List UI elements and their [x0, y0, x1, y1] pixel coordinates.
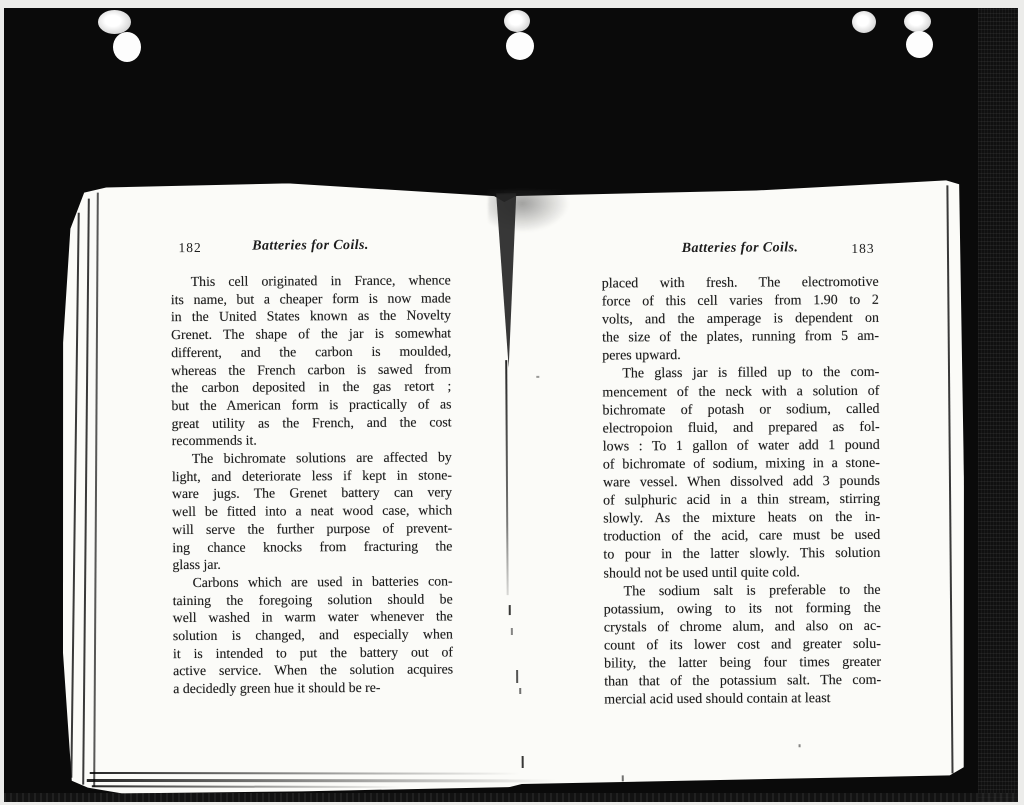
- page-clip-icon: [904, 11, 931, 32]
- paragraph: The glass jar is filled up to the com-me…: [602, 364, 880, 583]
- text-line: The sodium salt is preferable to the: [604, 581, 881, 601]
- text-line: recommends it.: [172, 431, 452, 450]
- paragraph: placed with fresh. The electromotiveforc…: [602, 274, 880, 366]
- text-line: will serve the further purpose of preven…: [172, 519, 452, 538]
- text-line: peres upward.: [602, 346, 879, 366]
- gutter-mark: [519, 688, 521, 694]
- text-line: its name, but a cheaper form is now made: [171, 289, 451, 308]
- text-line: troduction of the acid, care must be use…: [603, 527, 880, 547]
- text-line: electropoion fluid, and prepared as fol-: [603, 419, 880, 439]
- text-line: well be fitted into a neat wood case, wh…: [172, 502, 452, 521]
- text-line: but the American form is practically of …: [171, 395, 451, 414]
- page-speck: [536, 376, 539, 378]
- text-line: placed with fresh. The electromotive: [602, 274, 879, 294]
- text-line: potassium, owing to its not forming the: [604, 599, 881, 619]
- text-line: a decidedly green hue it should be re-: [173, 679, 453, 698]
- text-line: active service. When the solution acquir…: [173, 661, 453, 680]
- right-page: Batteries for Coils. 183 placed with fre…: [601, 240, 881, 710]
- gutter-mark: [516, 670, 518, 683]
- text-line: crystals of chrome alum, and also on ac-: [604, 618, 881, 638]
- text-line: should not be used until quite cold.: [603, 563, 880, 583]
- text-line: it is intended to put the battery out of: [173, 643, 453, 662]
- paragraph: The bichromate solutions are affected by…: [172, 448, 453, 574]
- page-clip-icon: [906, 31, 933, 58]
- left-page-header: 182 Batteries for Coils.: [170, 237, 450, 257]
- running-head: Batteries for Coils.: [682, 240, 799, 257]
- paragraph: This cell originated in France, whenceit…: [171, 271, 452, 450]
- text-line: ware vessel. When dissolved add 3 pounds: [603, 473, 880, 493]
- page-stack-edge: [87, 779, 557, 782]
- gutter-mark: [509, 605, 511, 615]
- text-line: the size of the plates, running from 5 a…: [602, 328, 879, 348]
- left-page: 182 Batteries for Coils. This cell origi…: [170, 237, 453, 698]
- text-line: lows : To 1 gallon of water add 1 pound: [603, 437, 880, 457]
- text-line: of bichromate of sodium, mixing in a sto…: [603, 455, 880, 475]
- text-line: mencement of the neck with a solution of: [602, 382, 879, 402]
- text-line: The glass jar is filled up to the com-: [602, 364, 879, 384]
- paragraph: The sodium salt is preferable to thepota…: [604, 581, 882, 709]
- text-line: This cell originated in France, whence: [171, 271, 451, 290]
- text-line: Carbons which are used in batteries con-: [173, 572, 453, 591]
- text-line: glass jar.: [172, 555, 452, 574]
- right-page-text: placed with fresh. The electromotiveforc…: [602, 274, 882, 710]
- text-line: great utility as the French, and the cos…: [172, 413, 452, 432]
- text-line: different, and the carbon is moulded,: [171, 342, 451, 361]
- text-line: ware jugs. The Grenet battery can very: [172, 484, 452, 503]
- book-spread: 182 Batteries for Coils. This cell origi…: [58, 177, 980, 801]
- gutter-mark: [511, 628, 513, 635]
- text-line: ing chance knocks from fracturing the: [172, 537, 452, 556]
- running-head: Batteries for Coils.: [252, 238, 369, 255]
- text-line: well washed in warm water whenever the: [173, 608, 453, 627]
- paragraph: Carbons which are used in batteries con-…: [173, 572, 454, 698]
- scan-noise-right: [978, 8, 1018, 802]
- page-clip-icon: [852, 11, 876, 33]
- gutter-mark: [522, 756, 524, 768]
- text-line: whereas the French carbon is sawed from: [171, 360, 451, 379]
- right-page-header: Batteries for Coils. 183: [601, 240, 878, 260]
- text-line: slowly. As the mixture heats on the in-: [603, 509, 880, 529]
- text-line: in the United States known as the Novelt…: [171, 307, 451, 326]
- text-line: force of this cell varies from 1.90 to 2: [602, 292, 879, 312]
- page-clip-icon: [113, 32, 141, 62]
- text-line: bility, the latter being four times grea…: [604, 654, 881, 674]
- page-clip-icon: [98, 10, 131, 34]
- page-speck: [622, 775, 624, 781]
- text-line: the carbon deposited in the gas retort ;: [171, 378, 451, 397]
- text-line: of sulphuric acid in a thin stream, stir…: [603, 491, 880, 511]
- page-speck: [799, 744, 801, 747]
- page-clip-icon: [504, 10, 530, 32]
- text-line: to pour in the latter slowly. This solut…: [603, 545, 880, 565]
- text-line: count of its lower cost and greater solu…: [604, 636, 881, 656]
- text-line: taining the foregoing solution should be: [173, 590, 453, 609]
- text-line: light, and deteriorate less if kept in s…: [172, 466, 452, 485]
- text-line: Grenet. The shape of the jar is somewhat: [171, 325, 451, 344]
- text-line: than that of the potassium salt. The com…: [604, 672, 881, 692]
- left-page-text: This cell originated in France, whenceit…: [171, 271, 454, 698]
- text-line: mercial acid used should contain at leas…: [604, 690, 881, 710]
- text-line: volts, and the amperage is dependent on: [602, 310, 879, 330]
- text-line: The bichromate solutions are affected by: [172, 448, 452, 467]
- page-number: 182: [178, 240, 201, 256]
- page-clip-icon: [506, 32, 534, 60]
- text-line: solution is changed, and especially when: [173, 625, 453, 644]
- text-line: bichromate of potash or sodium, called: [602, 400, 879, 420]
- page-number: 183: [851, 241, 874, 257]
